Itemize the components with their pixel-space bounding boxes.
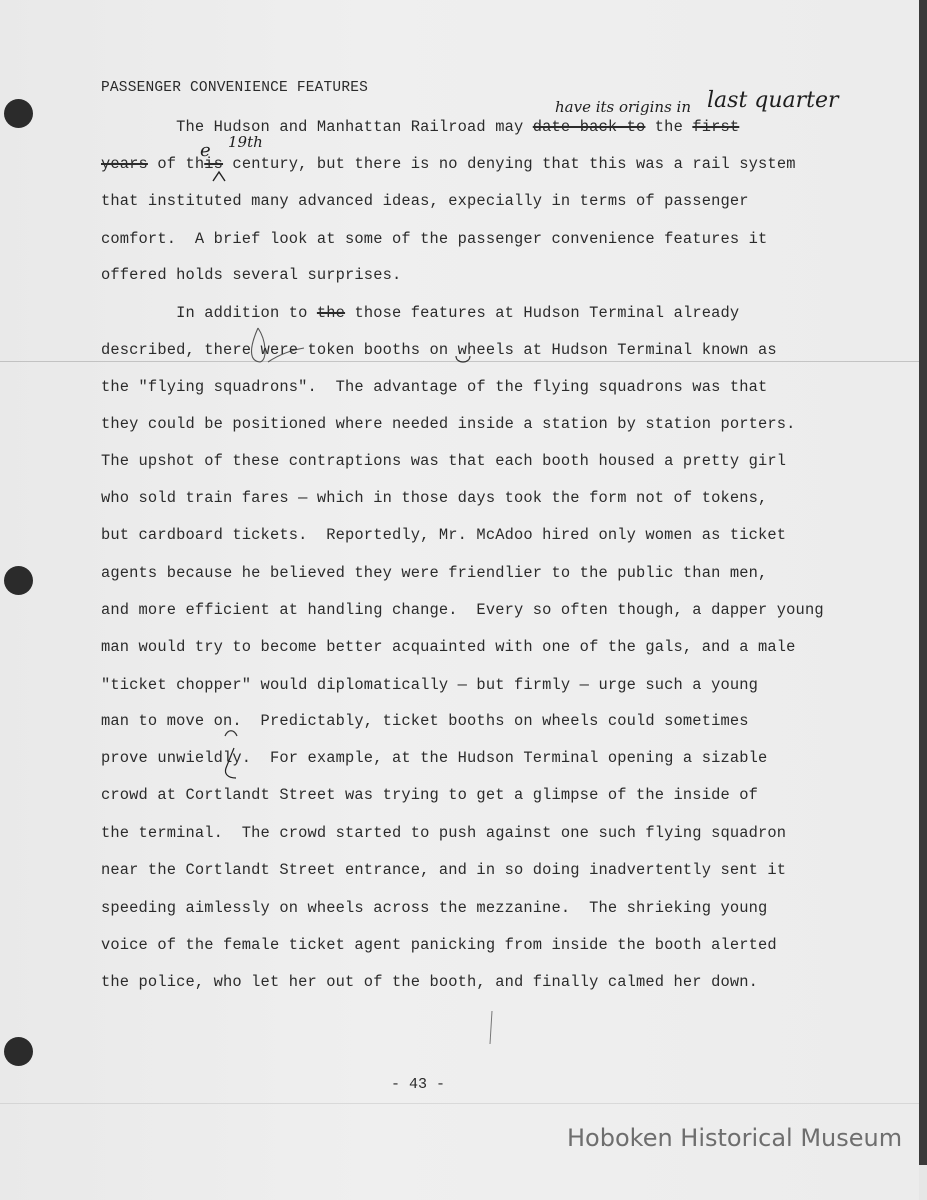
pencil-stroke-mark-icon (488, 1010, 494, 1046)
struck-text: date back to (533, 118, 646, 136)
section-heading: PASSENGER CONVENIENCE FEATURES (101, 80, 368, 96)
paragraph-line: In addition to the those features at Hud… (101, 304, 739, 322)
document-page: PASSENGER CONVENIENCE FEATURES The Hudso… (0, 0, 919, 1200)
paragraph-line: crowd at Cortlandt Street was trying to … (101, 786, 758, 804)
paragraph-line: voice of the female ticket agent panicki… (101, 936, 777, 954)
hole-punch (4, 1037, 33, 1066)
paragraph-line: they could be positioned where needed in… (101, 415, 796, 433)
handwritten-correction: e (200, 140, 211, 161)
handwritten-deletion-mark-icon (212, 746, 242, 780)
paragraph-line: The Hudson and Manhattan Railroad may da… (101, 118, 739, 136)
text-run: In addition to (101, 304, 317, 322)
hole-punch (4, 566, 33, 595)
paragraph-line: offered holds several surprises. (101, 266, 401, 284)
paragraph-line: The upshot of these contraptions was tha… (101, 452, 786, 470)
paragraph-line: man to move on. Predictably, ticket boot… (101, 712, 749, 730)
paragraph-line: the "flying squadrons". The advantage of… (101, 378, 767, 396)
museum-watermark: Hoboken Historical Museum (567, 1124, 902, 1152)
text-run: those features at Hudson Terminal alread… (345, 304, 739, 322)
struck-text: first (692, 118, 739, 136)
text-run: The Hudson and Manhattan Railroad may (101, 118, 533, 136)
struck-text: the (317, 304, 345, 322)
struck-text: years (101, 155, 148, 173)
text-run: century, but there is no denying that th… (223, 155, 796, 173)
paragraph-line: that instituted many advanced ideas, exp… (101, 192, 749, 210)
paragraph-line: comfort. A brief look at some of the pas… (101, 230, 767, 248)
paragraph-line: and more efficient at handling change. E… (101, 601, 824, 619)
handwritten-insertion: last quarter (707, 88, 839, 113)
paragraph-line: near the Cortlandt Street entrance, and … (101, 861, 786, 879)
paragraph-line: man would try to become better acquainte… (101, 638, 796, 656)
scan-edge-shadow (919, 0, 927, 1165)
paragraph-line: prove unwieldly. For example, at the Hud… (101, 749, 767, 767)
text-run: the (645, 118, 692, 136)
hole-punch (4, 99, 33, 128)
scan-fold-line (0, 1103, 919, 1104)
paragraph-line: the terminal. The crowd started to push … (101, 824, 786, 842)
paragraph-line: agents because he believed they were fri… (101, 564, 767, 582)
caret-mark-icon (212, 170, 226, 182)
paragraph-line: who sold train fares — which in those da… (101, 489, 767, 507)
paragraph-line: speeding aimlessly on wheels across the … (101, 899, 767, 917)
paragraph-line: the police, who let her out of the booth… (101, 973, 758, 991)
page-number: - 43 - (391, 1076, 445, 1093)
paragraph-line: described, there were token booths on wh… (101, 341, 777, 359)
handwritten-insertion: have its origins in (555, 98, 691, 116)
handwritten-arc-mark-icon (223, 728, 239, 738)
scan-edge-shadow (919, 1165, 927, 1200)
handwritten-insertion: 19th (228, 133, 263, 151)
text-run: of th (148, 155, 204, 173)
paragraph-line: but cardboard tickets. Reportedly, Mr. M… (101, 526, 786, 544)
paragraph-line: "ticket chopper" would diplomatically — … (101, 676, 758, 694)
